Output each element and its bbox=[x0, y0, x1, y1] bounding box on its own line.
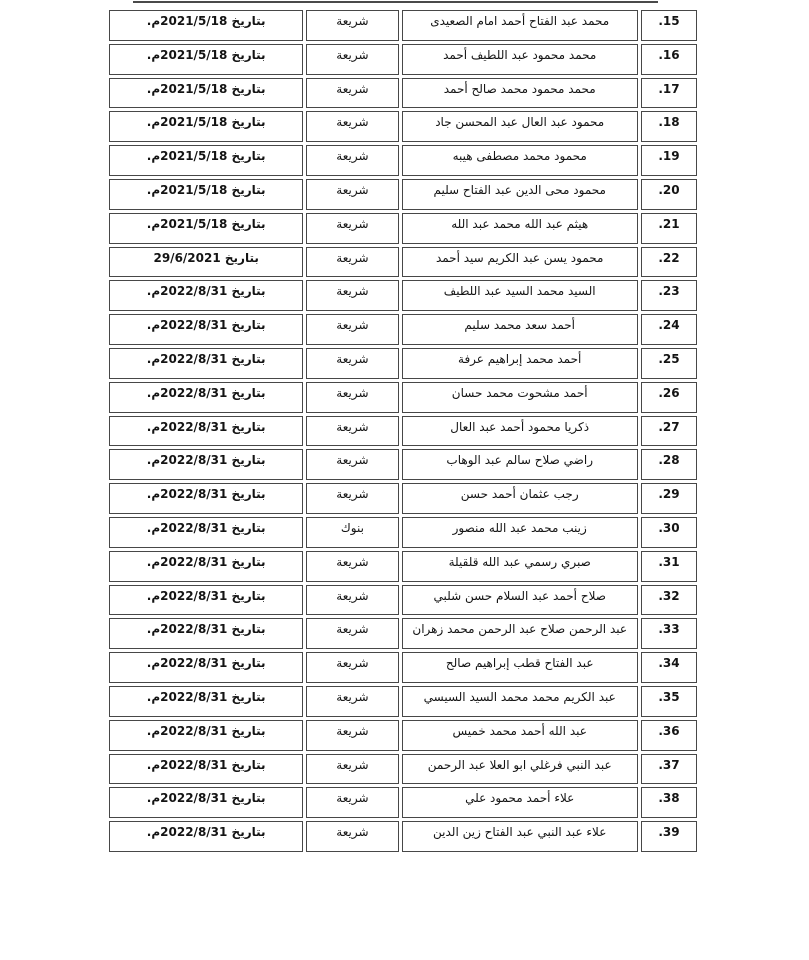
category-cell: شريعة bbox=[306, 44, 398, 75]
person-name-cell: محمد محمود محمد صالح أحمد bbox=[402, 78, 638, 109]
person-name-cell: أحمد مشحوت محمد حسان bbox=[402, 382, 638, 413]
person-name-cell: محمود محى الدين عبد الفتاح سليم bbox=[402, 179, 638, 210]
date-cell: بتاريخ 2022/8/31م. bbox=[109, 517, 303, 548]
person-name-cell: محمد محمود عبد اللطيف أحمد bbox=[402, 44, 638, 75]
date-cell: بتاريخ 2022/8/31م. bbox=[109, 382, 303, 413]
date-cell: بتاريخ 2022/8/31م. bbox=[109, 720, 303, 751]
category-cell: شريعة bbox=[306, 280, 398, 311]
category-cell: شريعة bbox=[306, 483, 398, 514]
row-number-cell: 28. bbox=[641, 449, 697, 480]
date-cell: بتاريخ 2021/5/18م. bbox=[109, 145, 303, 176]
date-cell: بتاريخ 2022/8/31م. bbox=[109, 449, 303, 480]
roster-table: 15. محمد عبد الفتاح أحمد امام الصعيدى شر… bbox=[106, 7, 700, 855]
table-row: 35. عبد الكريم محمد محمد السيد السيسي شر… bbox=[109, 686, 697, 717]
date-cell: بتاريخ 2022/8/31م. bbox=[109, 585, 303, 616]
person-name-cell: محمد عبد الفتاح أحمد امام الصعيدى bbox=[402, 10, 638, 41]
category-cell: شريعة bbox=[306, 213, 398, 244]
row-number-cell: 33. bbox=[641, 618, 697, 649]
table-row: 21. هيثم عبد الله محمد عبد الله شريعة بت… bbox=[109, 213, 697, 244]
category-cell: شريعة bbox=[306, 111, 398, 142]
table-row: 26. أحمد مشحوت محمد حسان شريعة بتاريخ 20… bbox=[109, 382, 697, 413]
date-cell: بتاريخ 2022/8/31م. bbox=[109, 551, 303, 582]
table-row: 29. رجب عثمان أحمد حسن شريعة بتاريخ 2022… bbox=[109, 483, 697, 514]
category-cell: شريعة bbox=[306, 652, 398, 683]
table-row: 16. محمد محمود عبد اللطيف أحمد شريعة بتا… bbox=[109, 44, 697, 75]
person-name-cell: ذكريا محمود أحمد عبد العال bbox=[402, 416, 638, 447]
category-cell: شريعة bbox=[306, 754, 398, 785]
row-number-cell: 19. bbox=[641, 145, 697, 176]
row-number-cell: 22. bbox=[641, 247, 697, 278]
row-number-cell: 20. bbox=[641, 179, 697, 210]
row-number-cell: 30. bbox=[641, 517, 697, 548]
table-row: 27. ذكريا محمود أحمد عبد العال شريعة بتا… bbox=[109, 416, 697, 447]
person-name-cell: محمود عبد العال عبد المحسن جاد bbox=[402, 111, 638, 142]
person-name-cell: زينب محمد عبد الله منصور bbox=[402, 517, 638, 548]
row-number-cell: 26. bbox=[641, 382, 697, 413]
table-row: 15. محمد عبد الفتاح أحمد امام الصعيدى شر… bbox=[109, 10, 697, 41]
person-name-cell: محمود محمد مصطفى هيبه bbox=[402, 145, 638, 176]
row-number-cell: 15. bbox=[641, 10, 697, 41]
person-name-cell: رجب عثمان أحمد حسن bbox=[402, 483, 638, 514]
table-row: 18. محمود عبد العال عبد المحسن جاد شريعة… bbox=[109, 111, 697, 142]
person-name-cell: عبد الكريم محمد محمد السيد السيسي bbox=[402, 686, 638, 717]
category-cell: شريعة bbox=[306, 314, 398, 345]
row-number-cell: 31. bbox=[641, 551, 697, 582]
table-row: 19. محمود محمد مصطفى هيبه شريعة بتاريخ 2… bbox=[109, 145, 697, 176]
row-number-cell: 16. bbox=[641, 44, 697, 75]
table-row: 31. صبري رسمي عبد الله قلقيلة شريعة بتار… bbox=[109, 551, 697, 582]
row-number-cell: 24. bbox=[641, 314, 697, 345]
date-cell: بتاريخ 2022/8/31م. bbox=[109, 314, 303, 345]
table-row: 23. السيد محمد السيد عبد اللطيف شريعة بت… bbox=[109, 280, 697, 311]
person-name-cell: صبري رسمي عبد الله قلقيلة bbox=[402, 551, 638, 582]
person-name-cell: السيد محمد السيد عبد اللطيف bbox=[402, 280, 638, 311]
date-cell: بتاريخ 2022/8/31م. bbox=[109, 348, 303, 379]
previous-row-border-remnant bbox=[133, 1, 658, 3]
row-number-cell: 36. bbox=[641, 720, 697, 751]
date-cell: بتاريخ 2022/8/31م. bbox=[109, 280, 303, 311]
person-name-cell: صلاح أحمد عبد السلام حسن شلبي bbox=[402, 585, 638, 616]
row-number-cell: 34. bbox=[641, 652, 697, 683]
table-row: 38. علاء أحمد محمود علي شريعة بتاريخ 202… bbox=[109, 787, 697, 818]
table-row: 20. محمود محى الدين عبد الفتاح سليم شريع… bbox=[109, 179, 697, 210]
person-name-cell: راضي صلاح سالم عبد الوهاب bbox=[402, 449, 638, 480]
category-cell: شريعة bbox=[306, 720, 398, 751]
date-cell: بتاريخ 29/6/2021 bbox=[109, 247, 303, 278]
category-cell: شريعة bbox=[306, 821, 398, 852]
person-name-cell: محمود يسن عبد الكريم سيد أحمد bbox=[402, 247, 638, 278]
category-cell: شريعة bbox=[306, 145, 398, 176]
person-name-cell: عبد الفتاح قطب إبراهيم صالح bbox=[402, 652, 638, 683]
person-name-cell: علاء عبد النبي عبد الفتاح زين الدين bbox=[402, 821, 638, 852]
category-cell: شريعة bbox=[306, 618, 398, 649]
table-row: 17. محمد محمود محمد صالح أحمد شريعة بتار… bbox=[109, 78, 697, 109]
row-number-cell: 37. bbox=[641, 754, 697, 785]
table-row: 32. صلاح أحمد عبد السلام حسن شلبي شريعة … bbox=[109, 585, 697, 616]
date-cell: بتاريخ 2021/5/18م. bbox=[109, 179, 303, 210]
person-name-cell: عبد الرحمن صلاح عبد الرحمن محمد زهران bbox=[402, 618, 638, 649]
date-cell: بتاريخ 2021/5/18م. bbox=[109, 78, 303, 109]
category-cell: شريعة bbox=[306, 382, 398, 413]
category-cell: شريعة bbox=[306, 10, 398, 41]
date-cell: بتاريخ 2022/8/31م. bbox=[109, 416, 303, 447]
row-number-cell: 29. bbox=[641, 483, 697, 514]
date-cell: بتاريخ 2022/8/31م. bbox=[109, 754, 303, 785]
table-row: 25. أحمد محمد إبراهيم عرفة شريعة بتاريخ … bbox=[109, 348, 697, 379]
row-number-cell: 25. bbox=[641, 348, 697, 379]
date-cell: بتاريخ 2022/8/31م. bbox=[109, 686, 303, 717]
table-row: 24. أحمد سعد محمد سليم شريعة بتاريخ 2022… bbox=[109, 314, 697, 345]
document-page: 15. محمد عبد الفتاح أحمد امام الصعيدى شر… bbox=[0, 0, 809, 960]
category-cell: شريعة bbox=[306, 585, 398, 616]
table-row: 30. زينب محمد عبد الله منصور بنوك بتاريخ… bbox=[109, 517, 697, 548]
date-cell: بتاريخ 2021/5/18م. bbox=[109, 44, 303, 75]
category-cell: شريعة bbox=[306, 449, 398, 480]
table-row: 37. عبد النبي فرغلي ابو العلا عبد الرحمن… bbox=[109, 754, 697, 785]
table-row: 22. محمود يسن عبد الكريم سيد أحمد شريعة … bbox=[109, 247, 697, 278]
category-cell: بنوك bbox=[306, 517, 398, 548]
category-cell: شريعة bbox=[306, 787, 398, 818]
person-name-cell: عبد النبي فرغلي ابو العلا عبد الرحمن bbox=[402, 754, 638, 785]
person-name-cell: أحمد محمد إبراهيم عرفة bbox=[402, 348, 638, 379]
row-number-cell: 32. bbox=[641, 585, 697, 616]
date-cell: بتاريخ 2022/8/31م. bbox=[109, 787, 303, 818]
date-cell: بتاريخ 2022/8/31م. bbox=[109, 821, 303, 852]
person-name-cell: هيثم عبد الله محمد عبد الله bbox=[402, 213, 638, 244]
date-cell: بتاريخ 2022/8/31م. bbox=[109, 618, 303, 649]
person-name-cell: أحمد سعد محمد سليم bbox=[402, 314, 638, 345]
table-row: 39. علاء عبد النبي عبد الفتاح زين الدين … bbox=[109, 821, 697, 852]
row-number-cell: 35. bbox=[641, 686, 697, 717]
table-row: 36. عبد الله أحمد محمد خميس شريعة بتاريخ… bbox=[109, 720, 697, 751]
category-cell: شريعة bbox=[306, 348, 398, 379]
table-row: 34. عبد الفتاح قطب إبراهيم صالح شريعة بت… bbox=[109, 652, 697, 683]
category-cell: شريعة bbox=[306, 247, 398, 278]
date-cell: بتاريخ 2022/8/31م. bbox=[109, 652, 303, 683]
row-number-cell: 38. bbox=[641, 787, 697, 818]
date-cell: بتاريخ 2022/8/31م. bbox=[109, 483, 303, 514]
date-cell: بتاريخ 2021/5/18م. bbox=[109, 213, 303, 244]
date-cell: بتاريخ 2021/5/18م. bbox=[109, 10, 303, 41]
table-row: 33. عبد الرحمن صلاح عبد الرحمن محمد زهرا… bbox=[109, 618, 697, 649]
row-number-cell: 27. bbox=[641, 416, 697, 447]
table-row: 28. راضي صلاح سالم عبد الوهاب شريعة بتار… bbox=[109, 449, 697, 480]
person-name-cell: علاء أحمد محمود علي bbox=[402, 787, 638, 818]
row-number-cell: 39. bbox=[641, 821, 697, 852]
category-cell: شريعة bbox=[306, 416, 398, 447]
person-name-cell: عبد الله أحمد محمد خميس bbox=[402, 720, 638, 751]
category-cell: شريعة bbox=[306, 78, 398, 109]
row-number-cell: 17. bbox=[641, 78, 697, 109]
row-number-cell: 23. bbox=[641, 280, 697, 311]
date-cell: بتاريخ 2021/5/18م. bbox=[109, 111, 303, 142]
roster-body: 15. محمد عبد الفتاح أحمد امام الصعيدى شر… bbox=[109, 10, 697, 852]
category-cell: شريعة bbox=[306, 551, 398, 582]
row-number-cell: 21. bbox=[641, 213, 697, 244]
category-cell: شريعة bbox=[306, 686, 398, 717]
category-cell: شريعة bbox=[306, 179, 398, 210]
row-number-cell: 18. bbox=[641, 111, 697, 142]
